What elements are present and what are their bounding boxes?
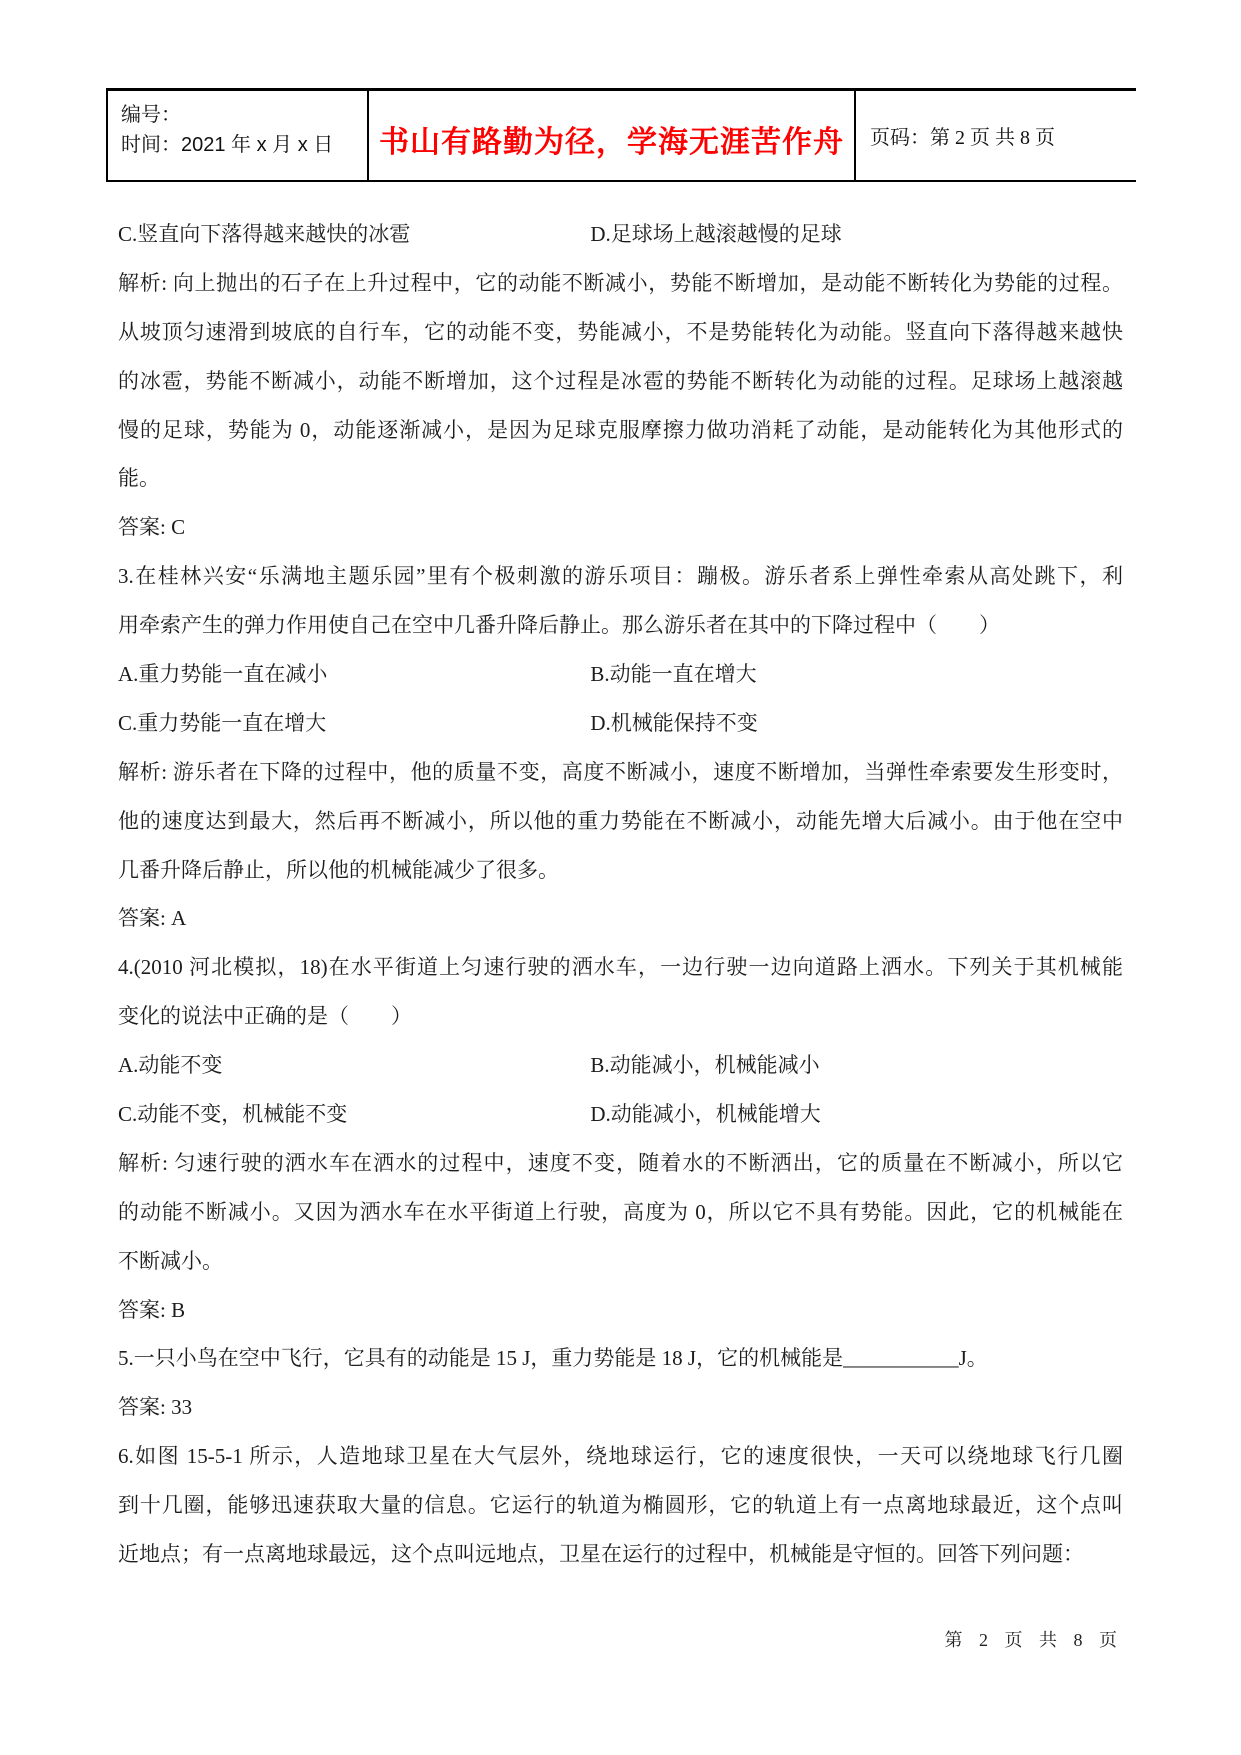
option-right: D.动能减小，机械能增大 (590, 1090, 1123, 1139)
document-line: 的冰雹，势能不断减小，动能不断增加，这个过程是冰雹的势能不断转化为动能的过程。足… (118, 357, 1123, 406)
document-line: 4.(2010 河北模拟，18)在水平街道上匀速行驶的洒水车，一边行驶一边向道路… (118, 943, 1123, 992)
option-left: C.动能不变，机械能不变 (118, 1090, 590, 1139)
option-left: C.竖直向下落得越来越快的冰雹 (118, 210, 590, 259)
header-number-label: 编号： (121, 100, 367, 130)
document-line: 几番升降后静止，所以他的机械能减少了很多。 (118, 846, 1123, 895)
option-row: A.重力势能一直在减小B.动能一直在增大 (118, 650, 1123, 699)
option-right: D.足球场上越滚越慢的足球 (590, 210, 1123, 259)
header-time-label: 时间：2021 年 x 月 x 日 (121, 130, 367, 160)
document-body: C.竖直向下落得越来越快的冰雹D.足球场上越滚越慢的足球解析: 向上抛出的石子在… (118, 210, 1123, 1579)
document-line: 能。 (118, 454, 1123, 503)
option-row: C.重力势能一直在增大D.机械能保持不变 (118, 699, 1123, 748)
document-line: 到十几圈，能够迅速获取大量的信息。它运行的轨道为椭圆形，它的轨道上有一点离地球最… (118, 1481, 1123, 1530)
header-cell-page: 页码：第 2 页 共 8 页 (856, 91, 1136, 180)
document-line: 解析: 游乐者在下降的过程中，他的质量不变，高度不断减小，速度不断增加，当弹性牵… (118, 748, 1123, 797)
header-table: 编号： 时间：2021 年 x 月 x 日 书山有路勤为径，学海无涯苦作舟 页码… (106, 88, 1136, 182)
document-line: 6.如图 15-5-1 所示，人造地球卫星在大气层外，绕地球运行，它的速度很快，… (118, 1432, 1123, 1481)
document-line: 的动能不断减小。又因为洒水车在水平街道上行驶，高度为 0，所以它不具有势能。因此… (118, 1188, 1123, 1237)
option-right: B.动能减小，机械能减小 (590, 1041, 1123, 1090)
footer-page-number: 第 2 页 共 8 页 (945, 1630, 1124, 1650)
option-left: A.动能不变 (118, 1041, 590, 1090)
document-line: 答案: 33 (118, 1383, 1123, 1432)
option-row: A.动能不变B.动能减小，机械能减小 (118, 1041, 1123, 1090)
document-line: 变化的说法中正确的是（ ） (118, 992, 1123, 1041)
document-line: 他的速度达到最大，然后再不断减小，所以他的重力势能在不断减小，动能先增大后减小。… (118, 797, 1123, 846)
header-slogan-text: 书山有路勤为径，学海无涯苦作舟 (379, 117, 844, 161)
document-line: 5.一只小鸟在空中飞行，它具有的动能是 15 J，重力势能是 18 J，它的机械… (118, 1334, 1123, 1383)
header-cell-number-time: 编号： 时间：2021 年 x 月 x 日 (108, 91, 369, 180)
document-line: 慢的足球，势能为 0，动能逐渐减小，是因为足球克服摩擦力做功消耗了动能，是动能转… (118, 406, 1123, 455)
option-row: C.竖直向下落得越来越快的冰雹D.足球场上越滚越慢的足球 (118, 210, 1123, 259)
document-line: 近地点；有一点离地球最远，这个点叫远地点，卫星在运行的过程中，机械能是守恒的。回… (118, 1530, 1123, 1579)
document-line: 解析: 向上抛出的石子在上升过程中，它的动能不断减小，势能不断增加，是动能不断转… (118, 259, 1123, 308)
document-line: 答案: A (118, 894, 1123, 943)
document-line: 3.在桂林兴安“乐满地主题乐园”里有个极刺激的游乐项目：蹦极。游乐者系上弹性牵索… (118, 552, 1123, 601)
document-page: 编号： 时间：2021 年 x 月 x 日 书山有路勤为径，学海无涯苦作舟 页码… (0, 0, 1241, 1755)
document-line: 解析: 匀速行驶的洒水车在洒水的过程中，速度不变，随着水的不断洒出，它的质量在不… (118, 1139, 1123, 1188)
page-footer: 第 2 页 共 8 页 (118, 1616, 1123, 1664)
option-row: C.动能不变，机械能不变D.动能减小，机械能增大 (118, 1090, 1123, 1139)
option-right: D.机械能保持不变 (590, 699, 1123, 748)
option-left: A.重力势能一直在减小 (118, 650, 590, 699)
document-line: 用牵索产生的弹力作用使自己在空中几番升降后静止。那么游乐者在其中的下降过程中（ … (118, 601, 1123, 650)
document-line: 从坡顶匀速滑到坡底的自行车，它的动能不变，势能减小，不是势能转化为动能。竖直向下… (118, 308, 1123, 357)
header-page-label: 页码：第 2 页 共 8 页 (870, 121, 1055, 150)
option-right: B.动能一直在增大 (590, 650, 1123, 699)
header-cell-slogan: 书山有路勤为径，学海无涯苦作舟 (369, 91, 856, 180)
document-line: 答案: C (118, 503, 1123, 552)
document-line: 不断减小。 (118, 1237, 1123, 1286)
document-line: 答案: B (118, 1286, 1123, 1335)
option-left: C.重力势能一直在增大 (118, 699, 590, 748)
